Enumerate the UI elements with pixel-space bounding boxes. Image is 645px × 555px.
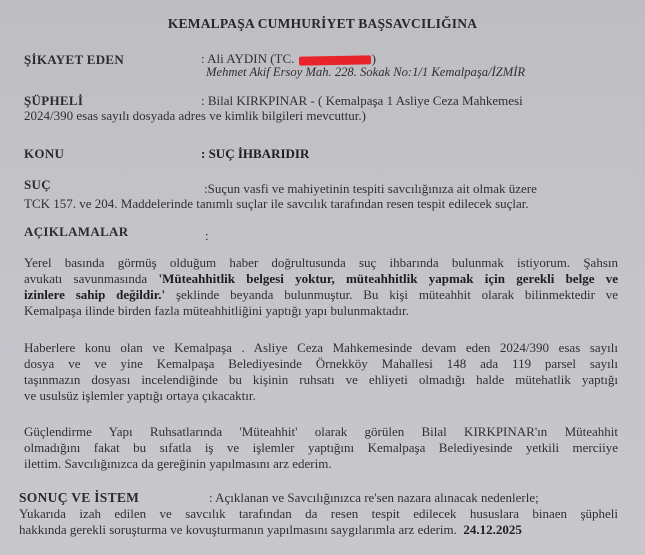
paragraph-line: izinlere sahip değildir.' şeklinde beyan…: [24, 287, 618, 303]
paragraph-line: Yukarıda izah edilen ve savcılık tarafın…: [19, 506, 618, 522]
explanation-paragraph-1: Yerel basında görmüş olduğum haber doğru…: [24, 255, 618, 319]
crime-line-1: :Suçun vasfi ve mahiyetinin tespiti savc…: [204, 181, 537, 197]
paragraph-line: Kemalpaşa ilinde birden fazla müteahhitl…: [24, 303, 618, 319]
explanations-colon: :: [205, 228, 209, 244]
conclusion-line-1: : Açıklanan ve Savcılığınızca re'sen naz…: [209, 490, 539, 506]
paragraph-line: ilettim. Savcılığınızca da gereğinin yap…: [24, 456, 618, 472]
explanation-paragraph-3: Güçlendirme Yapı Ruhsatlarında 'Müteahhi…: [24, 424, 618, 472]
paragraph-line: hakkında gerekli soruşturma ve kovuşturm…: [19, 522, 618, 538]
complainant-label: ŞİKAYET EDEN: [24, 52, 124, 68]
suspect-label: ŞÜPHELİ: [24, 93, 83, 109]
explanations-label: AÇIKLAMALAR: [24, 224, 128, 240]
document-date: 24.12.2025: [463, 522, 522, 537]
paragraph-line: Güçlendirme Yapı Ruhsatlarında 'Müteahhi…: [24, 424, 618, 440]
conclusion-body: Yukarıda izah edilen ve savcılık tarafın…: [19, 506, 618, 538]
document-title: KEMALPAŞA CUMHURİYET BAŞSAVCILIĞINA: [0, 16, 645, 32]
complainant-name-suffix: ): [372, 51, 376, 66]
text-run: avukatı savunmasında: [24, 271, 158, 286]
paragraph-line: ve usulsüz işlemler yaptığı ortaya çıkac…: [24, 388, 618, 404]
subject-label: KONU: [24, 146, 64, 162]
conclusion-label: SONUÇ VE İSTEM: [19, 490, 139, 506]
explanation-paragraph-2: Haberlere konu olan ve Kemalpaşa . Asliy…: [24, 340, 618, 404]
crime-line-2: TCK 157. ve 204. Maddelerinde tanımlı su…: [24, 196, 529, 212]
suspect-line-2: 2024/390 esas sayılı dosyada adres ve ki…: [24, 108, 366, 124]
crime-label: SUÇ: [24, 177, 51, 193]
paragraph-line: olmadığını fakat bu sıfatla iş ve işleml…: [24, 440, 618, 456]
paragraph-line: Yerel basında görmüş olduğum haber doğru…: [24, 255, 618, 271]
suspect-line-1: : Bilal KIRKPINAR - ( Kemalpaşa 1 Asliye…: [201, 93, 523, 109]
paragraph-line: avukatı savunmasında 'Müteahhitlik belge…: [24, 271, 618, 287]
paragraph-line: dosya ve ve yine Kemalpaşa Belediyesinde…: [24, 356, 618, 372]
quoted-defense: 'Müteahhitlik belgesi yoktur, müteahhitl…: [158, 271, 618, 286]
subject-value: : SUÇ İHBARIDIR: [201, 146, 309, 162]
text-run: hakkında gerekli soruşturma ve kovuşturm…: [19, 522, 457, 537]
complainant-name-prefix: : Ali AYDIN (TC.: [201, 51, 298, 66]
quoted-defense-end: izinlere sahip değildir.': [24, 287, 165, 302]
redaction-mark: [299, 55, 371, 65]
complainant-address: Mehmet Akif Ersoy Mah. 228. Sokak No:1/1…: [206, 65, 525, 80]
complaint-document: KEMALPAŞA CUMHURİYET BAŞSAVCILIĞINA ŞİKA…: [0, 0, 645, 555]
paragraph-line: taşınmazın dosyası incelendiğinde bu kiş…: [24, 372, 618, 388]
text-run: şeklinde beyanda bulunmuştur. Bu kişi mü…: [165, 287, 618, 302]
paragraph-line: Haberlere konu olan ve Kemalpaşa . Asliy…: [24, 340, 618, 356]
